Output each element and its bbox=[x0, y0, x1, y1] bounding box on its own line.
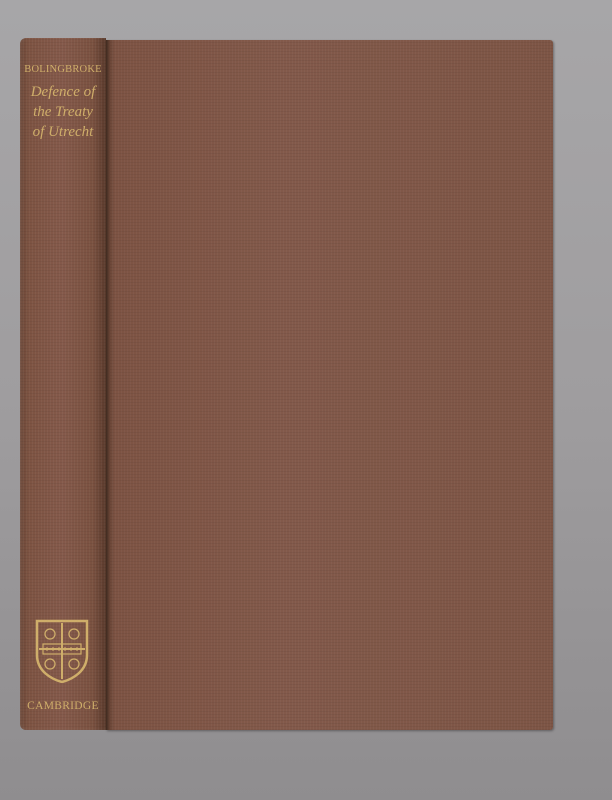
cambridge-arms-shield-icon bbox=[35, 619, 89, 683]
spine-title-line: the Treaty bbox=[20, 102, 106, 122]
book-front-cover bbox=[106, 40, 553, 730]
book-spine: BOLINGBROKE Defence of the Treaty of Utr… bbox=[20, 38, 106, 730]
book: BOLINGBROKE Defence of the Treaty of Utr… bbox=[20, 38, 553, 730]
spine-title: Defence of the Treaty of Utrecht bbox=[20, 82, 106, 142]
spine-title-line: Defence of bbox=[20, 82, 106, 102]
book-hinge bbox=[106, 40, 110, 730]
spine-publisher: CAMBRIDGE bbox=[20, 700, 106, 712]
spine-title-line: of Utrecht bbox=[20, 122, 106, 142]
spine-author: BOLINGBROKE bbox=[20, 64, 106, 75]
